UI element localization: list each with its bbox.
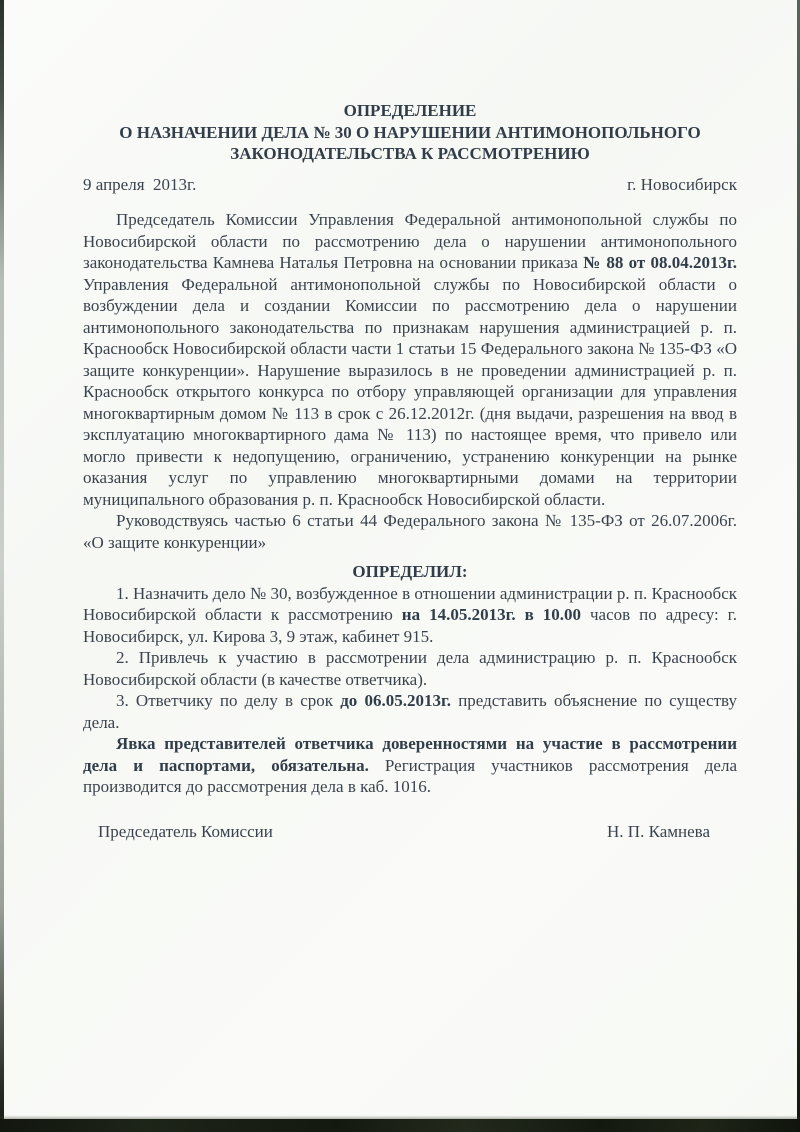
resolution-item-2: 2. Привлечь к участию в рассмотрении дел… xyxy=(83,647,737,690)
date-city-line: 9 апреля 2013г. г. Новосибирск xyxy=(83,174,737,196)
scanned-document-page: ОПРЕДЕЛЕНИЕ О НАЗНАЧЕНИИ ДЕЛА № 30 О НАР… xyxy=(0,0,800,1132)
resolution-heading: ОПРЕДЕЛИЛ: xyxy=(83,561,737,583)
title-line-3: ЗАКОНОДАТЕЛЬСТВА К РАССМОТРЕНИЮ xyxy=(83,143,737,165)
scan-edge-left xyxy=(0,0,4,1132)
signature-role: Председатель Комиссии xyxy=(98,821,273,843)
signature-block: Председатель Комиссии Н. П. Камнева xyxy=(83,821,737,843)
preamble-paragraph: Председатель Комиссии Управления Федерал… xyxy=(83,209,737,510)
scan-edge-bottom xyxy=(0,1119,800,1132)
document-city: г. Новосибирск xyxy=(627,174,737,196)
title-line-2: О НАЗНАЧЕНИИ ДЕЛА № 30 О НАРУШЕНИИ АНТИМ… xyxy=(83,122,737,144)
signature-name: Н. П. Камнева xyxy=(607,821,710,843)
document-date: 9 апреля 2013г. xyxy=(83,174,196,196)
document-content: ОПРЕДЕЛЕНИЕ О НАЗНАЧЕНИИ ДЕЛА № 30 О НАР… xyxy=(83,0,737,842)
title-line-1: ОПРЕДЕЛЕНИЕ xyxy=(83,100,737,122)
attendance-notice-paragraph: Явка представителей ответчика довереннос… xyxy=(83,733,737,798)
resolution-item-1: 1. Назначить дело № 30, возбужденное в о… xyxy=(83,583,737,648)
legal-basis-paragraph: Руководствуясь частью 6 статьи 44 Федера… xyxy=(83,510,737,553)
document-title: ОПРЕДЕЛЕНИЕ О НАЗНАЧЕНИИ ДЕЛА № 30 О НАР… xyxy=(83,100,737,165)
resolution-item-3: 3. Ответчику по делу в срок до 06.05.201… xyxy=(83,690,737,733)
